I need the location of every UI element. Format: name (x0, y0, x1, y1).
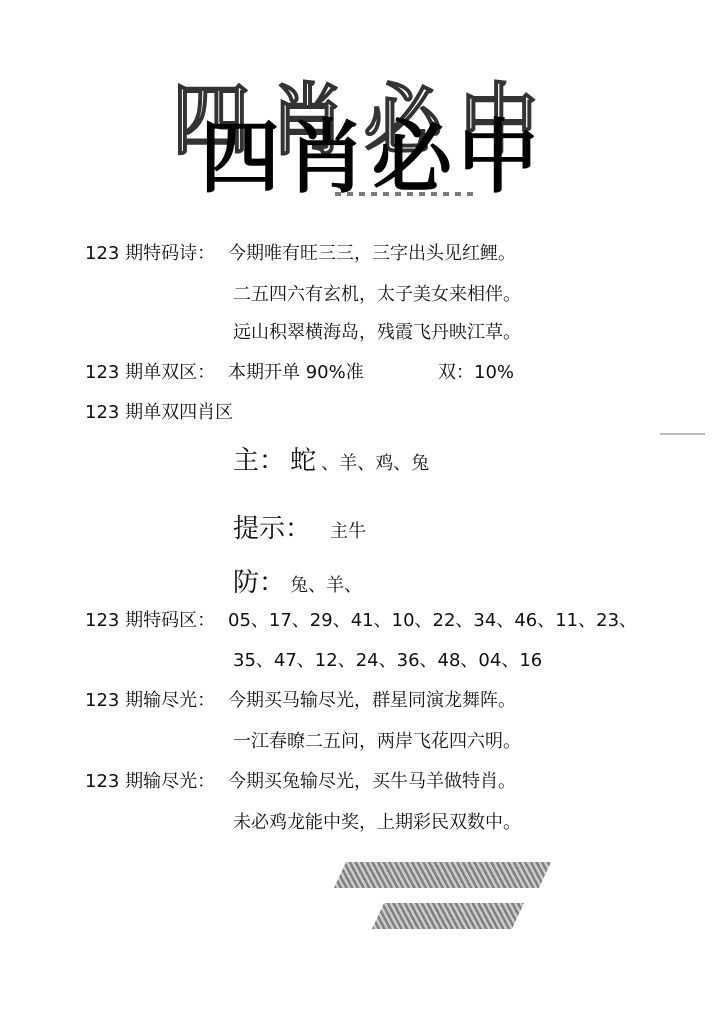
poem-line-1: 今期唯有旺三三，三字出头见红鲤。 (228, 245, 516, 263)
lose-all-2-line-1: 今期买兔输尽光，买牛马羊做特肖。 (228, 773, 516, 791)
main-first-zodiac: 蛇 (290, 446, 316, 476)
special-numbers-line-1: 05、17、29、41、10、22、34、46、11、23、 (228, 612, 637, 630)
lose-all-2-line-2: 未必鸡龙能中奖，上期彩民双数中。 (233, 814, 521, 832)
poem-line-3: 远山积翠横海岛，残霞飞丹映江草。 (233, 324, 521, 342)
guard-row: 防： 兔、羊、 (233, 562, 362, 599)
poem-label: 123 期特码诗： (85, 245, 215, 263)
guard-label: 防： (233, 568, 285, 598)
guard-value: 兔、羊、 (290, 575, 362, 596)
even-text: 双：10% (438, 364, 514, 382)
odd-even-label: 123 期单双区： (85, 364, 215, 382)
odd-text: 本期开单 90%准 (228, 364, 364, 382)
special-numbers-line-2: 35、47、12、24、36、48、04、16 (233, 652, 542, 670)
poem-line-2: 二五四六有玄机，太子美女来相伴。 (233, 286, 521, 304)
lose-all-1-label: 123 期输尽光： (85, 692, 215, 710)
hint-value: 主牛 (330, 521, 366, 542)
lose-all-1-line-1: 今期买马输尽光，群星同演龙舞阵。 (228, 692, 516, 710)
halftone-stamp-line-2 (372, 903, 524, 929)
lose-all-2-label: 123 期输尽光： (85, 773, 215, 791)
hint-row: 提示： 主牛 (233, 508, 366, 545)
scan-artifact (660, 433, 705, 435)
title-underline-decoration (335, 192, 475, 196)
main-zodiac-row: 主： 蛇 、羊、鸡、兔 (233, 440, 429, 477)
lose-all-1-line-2: 一江春暸二五问，两岸飞花四六明。 (233, 733, 521, 751)
four-zodiac-label: 123 期单双四肖区 (85, 404, 233, 422)
hint-label: 提示： (233, 514, 311, 544)
special-numbers-label: 123 期特码区： (85, 612, 215, 630)
page-title: 四肖必中 (200, 118, 544, 198)
halftone-stamp-line-1 (334, 862, 551, 888)
main-label: 主： (233, 446, 285, 476)
main-other-zodiacs: 、羊、鸡、兔 (321, 453, 429, 474)
